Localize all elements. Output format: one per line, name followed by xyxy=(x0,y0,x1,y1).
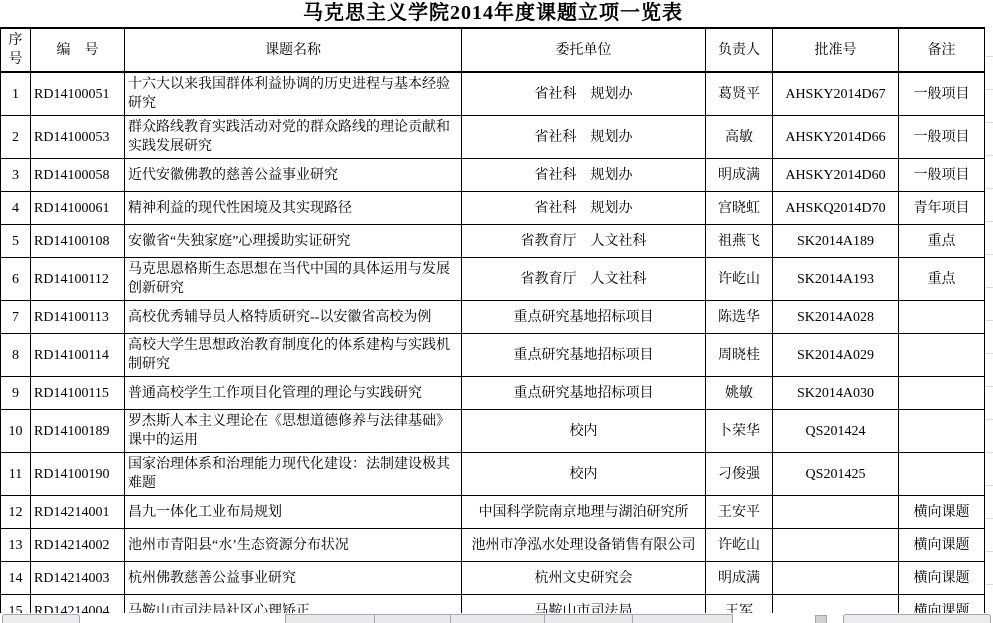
cell-code[interactable]: RD14100189 xyxy=(31,410,125,453)
cell-name[interactable]: 池州市青阳县“水’生态资源分布状况 xyxy=(125,529,462,562)
cell-leader[interactable]: 明成满 xyxy=(706,159,773,192)
header-cell-code[interactable]: 编 号 xyxy=(31,28,125,72)
cell-code[interactable]: RD14214001 xyxy=(31,496,125,529)
cell-note[interactable] xyxy=(899,301,985,334)
cell-leader[interactable]: 周晓桂 xyxy=(706,334,773,377)
cell-note[interactable]: 青年项目 xyxy=(899,192,985,225)
cell-code[interactable]: RD14100112 xyxy=(31,258,125,301)
cell-name[interactable]: 近代安徽佛教的慈善公益事业研究 xyxy=(125,159,462,192)
table-row: 14RD14214003杭州佛教慈善公益事业研究杭州文史研究会明成满横向课题 xyxy=(1,562,985,595)
cell-name[interactable]: 罗杰斯人本主义理论在《思想道德修养与法律基础》课中的运用 xyxy=(125,410,462,453)
cell-approval[interactable]: AHSKY2014D66 xyxy=(773,116,899,159)
cell-code[interactable]: RD14100190 xyxy=(31,453,125,496)
cell-unit[interactable]: 重点研究基地招标项目 xyxy=(462,334,706,377)
cell-no[interactable]: 13 xyxy=(1,529,31,562)
cell-unit[interactable]: 重点研究基地招标项目 xyxy=(462,377,706,410)
cell-unit[interactable]: 省教育厅 人文社科 xyxy=(462,225,706,258)
cell-leader[interactable]: 祖燕飞 xyxy=(706,225,773,258)
cell-no[interactable]: 11 xyxy=(1,453,31,496)
cell-note[interactable]: 一般项目 xyxy=(899,116,985,159)
scrollbar-splitter-handle[interactable] xyxy=(815,615,827,623)
cell-note[interactable]: 横向课题 xyxy=(899,496,985,529)
cell-code[interactable]: RD14100113 xyxy=(31,301,125,334)
cell-name[interactable]: 马克思恩格斯生态思想在当代中国的具体运用与发展创新研究 xyxy=(125,258,462,301)
table-row: 7RD14100113高校优秀辅导员人格特质研究--以安徽省高校为例重点研究基地… xyxy=(1,301,985,334)
projects-table: 序号 编 号 课题名称 委托单位 负责人 批准号 备注 1RD14100051十… xyxy=(0,27,985,623)
cell-name[interactable]: 高校大学生思想政治教育制度化的体系建构与实践机制研究 xyxy=(125,334,462,377)
cell-leader[interactable]: 许屹山 xyxy=(706,529,773,562)
cell-note[interactable] xyxy=(899,377,985,410)
cell-note[interactable] xyxy=(899,334,985,377)
cell-name[interactable]: 高校优秀辅导员人格特质研究--以安徽省高校为例 xyxy=(125,301,462,334)
cell-unit[interactable]: 省社科 规划办 xyxy=(462,116,706,159)
cell-leader[interactable]: 王安平 xyxy=(706,496,773,529)
cell-name[interactable]: 安徽省“失独家庭”心理援助实证研究 xyxy=(125,225,462,258)
cell-code[interactable]: RD14100053 xyxy=(31,116,125,159)
cell-approval[interactable] xyxy=(773,496,899,529)
bottom-window-chrome xyxy=(0,613,993,623)
cell-leader[interactable]: 姚敏 xyxy=(706,377,773,410)
cell-note[interactable] xyxy=(899,453,985,496)
cell-no[interactable]: 5 xyxy=(1,225,31,258)
cell-approval[interactable]: AHSKY2014D67 xyxy=(773,72,899,116)
table-row: 6RD14100112马克思恩格斯生态思想在当代中国的具体运用与发展创新研究省教… xyxy=(1,258,985,301)
cell-no[interactable]: 1 xyxy=(1,72,31,116)
cell-approval[interactable]: QS201425 xyxy=(773,453,899,496)
header-row: 序号 编 号 课题名称 委托单位 负责人 批准号 备注 xyxy=(1,28,985,72)
table-row: 2RD14100053群众路线教育实践活动对党的群众路线的理论贡献和实践发展研究… xyxy=(1,116,985,159)
cell-leader[interactable]: 明成满 xyxy=(706,562,773,595)
header-cell-note[interactable]: 备注 xyxy=(899,28,985,72)
cell-approval[interactable]: SK2014A028 xyxy=(773,301,899,334)
header-cell-name[interactable]: 课题名称 xyxy=(125,28,462,72)
cell-unit[interactable]: 省社科 规划办 xyxy=(462,192,706,225)
cell-approval[interactable]: SK2014A189 xyxy=(773,225,899,258)
cell-note[interactable]: 横向课题 xyxy=(899,562,985,595)
sheet-tab[interactable] xyxy=(632,614,733,623)
table-header: 序号 编 号 课题名称 委托单位 负责人 批准号 备注 xyxy=(1,28,985,72)
cell-unit[interactable]: 省社科 规划办 xyxy=(462,159,706,192)
cell-approval[interactable]: AHSKY2014D60 xyxy=(773,159,899,192)
cell-no[interactable]: 6 xyxy=(1,258,31,301)
cell-note[interactable]: 横向课题 xyxy=(899,529,985,562)
cell-unit[interactable]: 省教育厅 人文社科 xyxy=(462,258,706,301)
cell-no[interactable]: 3 xyxy=(1,159,31,192)
cell-code[interactable]: RD14100114 xyxy=(31,334,125,377)
header-cell-no[interactable]: 序号 xyxy=(1,28,31,72)
cell-code[interactable]: RD14214003 xyxy=(31,562,125,595)
sheet-tab[interactable] xyxy=(450,614,545,623)
cell-name[interactable]: 昌九一体化工业布局规划 xyxy=(125,496,462,529)
horizontal-scrollbar[interactable] xyxy=(843,614,991,623)
cell-name[interactable]: 杭州佛教慈善公益事业研究 xyxy=(125,562,462,595)
table-row: 3RD14100058近代安徽佛教的慈善公益事业研究省社科 规划办明成满AHSK… xyxy=(1,159,985,192)
cell-approval[interactable] xyxy=(773,529,899,562)
cell-unit[interactable]: 省社科 规划办 xyxy=(462,72,706,116)
cell-leader[interactable]: 许屹山 xyxy=(706,258,773,301)
cell-no[interactable]: 12 xyxy=(1,496,31,529)
cell-note[interactable]: 重点 xyxy=(899,258,985,301)
table-row: 9RD14100115普通高校学生工作项目化管理的理论与实践研究重点研究基地招标… xyxy=(1,377,985,410)
cell-note[interactable]: 一般项目 xyxy=(899,159,985,192)
cell-leader[interactable]: 葛贤平 xyxy=(706,72,773,116)
cell-approval[interactable]: QS201424 xyxy=(773,410,899,453)
cell-approval[interactable] xyxy=(773,562,899,595)
cell-name[interactable]: 群众路线教育实践活动对党的群众路线的理论贡献和实践发展研究 xyxy=(125,116,462,159)
header-cell-approval[interactable]: 批准号 xyxy=(773,28,899,72)
cell-no[interactable]: 4 xyxy=(1,192,31,225)
sheet-tab-nav-button[interactable] xyxy=(2,614,80,623)
projects-table-body: 1RD14100051十六大以来我国群体利益协调的历史进程与基本经验研究省社科 … xyxy=(1,72,985,623)
cell-approval[interactable]: AHSKQ2014D70 xyxy=(773,192,899,225)
table-row: 13RD14214002池州市青阳县“水’生态资源分布状况池州市净泓水处理设备销… xyxy=(1,529,985,562)
cell-no[interactable]: 10 xyxy=(1,410,31,453)
cell-approval[interactable]: SK2014A029 xyxy=(773,334,899,377)
cell-note[interactable]: 一般项目 xyxy=(899,72,985,116)
header-cell-unit[interactable]: 委托单位 xyxy=(462,28,706,72)
table-row: 4RD14100061精神利益的现代性困境及其实现路径省社科 规划办宫晓虹AHS… xyxy=(1,192,985,225)
page-title: 马克思主义学院2014年度课题立项一览表 xyxy=(0,0,986,27)
cell-name[interactable]: 国家治理体系和治理能力现代化建设：法制建设极其难题 xyxy=(125,453,462,496)
cell-code[interactable]: RD14100115 xyxy=(31,377,125,410)
cell-code[interactable]: RD14100058 xyxy=(31,159,125,192)
cell-code[interactable]: RD14100108 xyxy=(31,225,125,258)
cell-leader[interactable]: 陈选华 xyxy=(706,301,773,334)
cell-approval[interactable]: SK2014A193 xyxy=(773,258,899,301)
cell-note[interactable] xyxy=(899,410,985,453)
cell-name[interactable]: 精神利益的现代性困境及其实现路径 xyxy=(125,192,462,225)
cell-code[interactable]: RD14214002 xyxy=(31,529,125,562)
table-row: 10RD14100189罗杰斯人本主义理论在《思想道德修养与法律基础》课中的运用… xyxy=(1,410,985,453)
cell-unit[interactable]: 中国科学院南京地理与湖泊研究所 xyxy=(462,496,706,529)
table-row: 1RD14100051十六大以来我国群体利益协调的历史进程与基本经验研究省社科 … xyxy=(1,72,985,116)
sheet-gridline-margin xyxy=(986,24,993,609)
cell-no[interactable]: 2 xyxy=(1,116,31,159)
table-row: 5RD14100108安徽省“失独家庭”心理援助实证研究省教育厅 人文社科祖燕飞… xyxy=(1,225,985,258)
sheet-tab[interactable] xyxy=(544,614,633,623)
cell-no[interactable]: 14 xyxy=(1,562,31,595)
cell-leader[interactable]: 卜荣华 xyxy=(706,410,773,453)
table-row: 12RD14214001昌九一体化工业布局规划中国科学院南京地理与湖泊研究所王安… xyxy=(1,496,985,529)
cell-leader[interactable]: 宫晓虹 xyxy=(706,192,773,225)
sheet-tab[interactable] xyxy=(285,614,375,623)
cell-unit[interactable]: 校内 xyxy=(462,453,706,496)
cell-no[interactable]: 8 xyxy=(1,334,31,377)
cell-name[interactable]: 十六大以来我国群体利益协调的历史进程与基本经验研究 xyxy=(125,72,462,116)
cell-unit[interactable]: 重点研究基地招标项目 xyxy=(462,301,706,334)
cell-note[interactable]: 重点 xyxy=(899,225,985,258)
cell-no[interactable]: 7 xyxy=(1,301,31,334)
cell-unit[interactable]: 杭州文史研究会 xyxy=(462,562,706,595)
table-row: 8RD14100114高校大学生思想政治教育制度化的体系建构与实践机制研究重点研… xyxy=(1,334,985,377)
sheet-area: 马克思主义学院2014年度课题立项一览表 序号 编 号 课题名称 委托单位 负责… xyxy=(0,0,986,623)
cell-code[interactable]: RD14100051 xyxy=(31,72,125,116)
cell-approval[interactable]: SK2014A030 xyxy=(773,377,899,410)
spreadsheet-window: 马克思主义学院2014年度课题立项一览表 序号 编 号 课题名称 委托单位 负责… xyxy=(0,0,993,623)
cell-unit[interactable]: 校内 xyxy=(462,410,706,453)
header-cell-leader[interactable]: 负责人 xyxy=(706,28,773,72)
cell-leader[interactable]: 高敏 xyxy=(706,116,773,159)
cell-no[interactable]: 9 xyxy=(1,377,31,410)
cell-code[interactable]: RD14100061 xyxy=(31,192,125,225)
table-row: 11RD14100190国家治理体系和治理能力现代化建设：法制建设极其难题校内刁… xyxy=(1,453,985,496)
cell-leader[interactable]: 刁俊强 xyxy=(706,453,773,496)
cell-unit[interactable]: 池州市净泓水处理设备销售有限公司 xyxy=(462,529,706,562)
sheet-tab[interactable] xyxy=(374,614,451,623)
cell-name[interactable]: 普通高校学生工作项目化管理的理论与实践研究 xyxy=(125,377,462,410)
